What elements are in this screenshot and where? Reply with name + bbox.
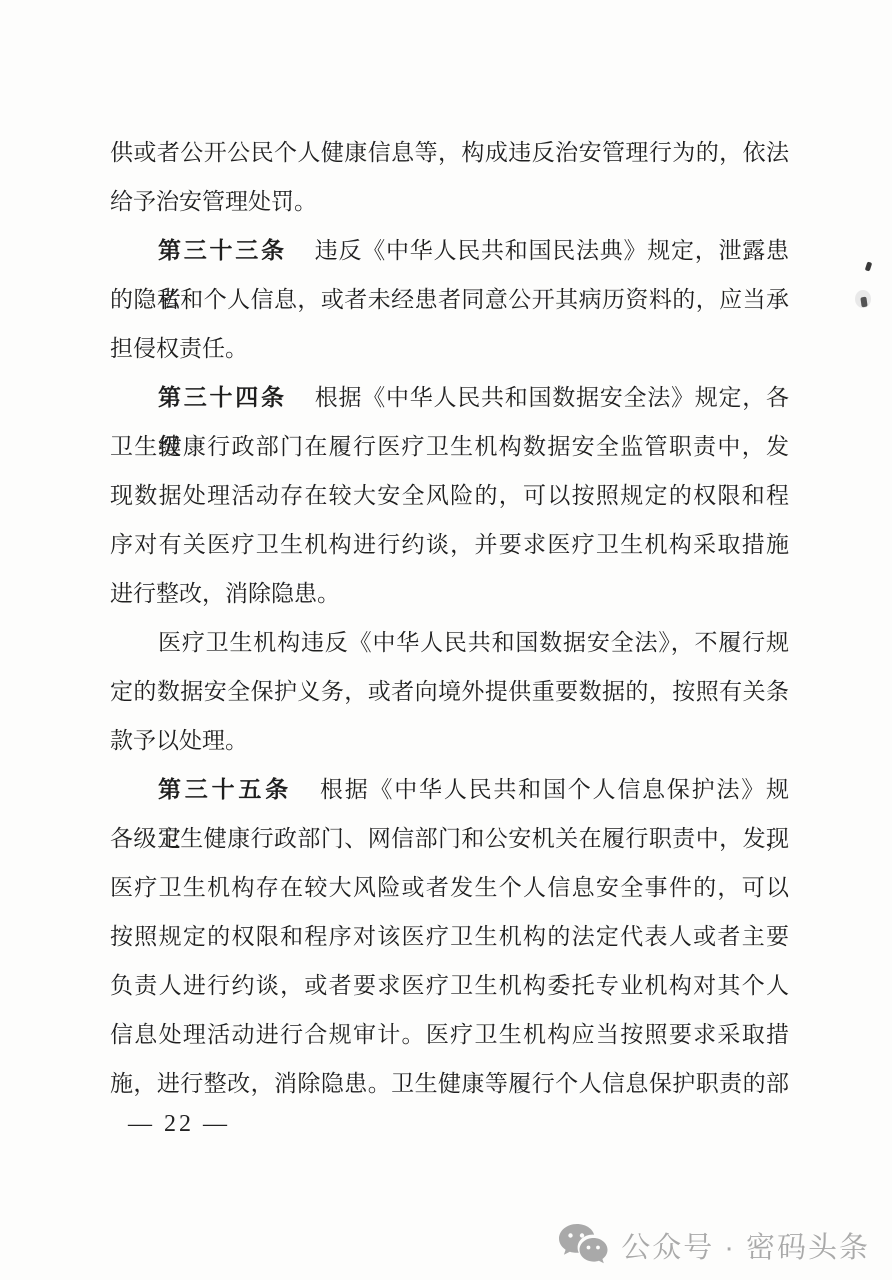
line-text: 给予治安管理处罚。 — [110, 189, 317, 214]
text-line: 供或者公开公民个人健康信息等，构成违反治安管理行为的，依法 — [110, 128, 789, 177]
line-text: 各级卫生健康行政部门、网信部门和公安机关在履行职责中，发现 — [110, 826, 789, 851]
wechat-icon — [557, 1222, 609, 1268]
text-line: 定的数据安全保护义务，或者向境外提供重要数据的，按照有关条 — [110, 667, 789, 716]
line-text: 医疗卫生机构违反《中华人民共和国数据安全法》，不履行规 — [158, 630, 789, 655]
line-text: 供或者公开公民个人健康信息等，构成违反治安管理行为的，依法 — [110, 140, 789, 165]
watermark: 公众号 · 密码头条 — [557, 1222, 870, 1268]
text-line: 施，进行整改，消除隐患。卫生健康等履行个人信息保护职责的部 — [110, 1059, 789, 1108]
line-text: 款予以处理。 — [110, 728, 248, 753]
article-number: 第三十四条 — [158, 384, 287, 410]
line-text: 现数据处理活动存在较大安全风险的，可以按照规定的权限和程 — [110, 483, 789, 508]
scan-artifact — [860, 297, 867, 308]
text-line: 信息处理活动进行合规审计。医疗卫生机构应当按照要求采取措 — [110, 1010, 789, 1059]
article-number: 第三十五条 — [158, 776, 292, 802]
page-number: — 22 — — [128, 1108, 230, 1140]
line-text: 担侵权责任。 — [110, 336, 248, 361]
text-line: 第三十五条根据《中华人民共和国个人信息保护法》规定， — [110, 765, 789, 814]
text-line: 进行整改，消除隐患。 — [110, 569, 789, 618]
watermark-text: 公众号 · 密码头条 — [621, 1225, 870, 1266]
text-line: 按照规定的权限和程序对该医疗卫生机构的法定代表人或者主要 — [110, 912, 789, 961]
text-line: 医疗卫生机构违反《中华人民共和国数据安全法》，不履行规 — [110, 618, 789, 667]
scan-artifact — [865, 261, 873, 271]
line-text: 进行整改，消除隐患。 — [110, 581, 340, 606]
line-text: 负责人进行约谈，或者要求医疗卫生机构委托专业机构对其个人 — [110, 973, 789, 998]
line-text: 施，进行整改，消除隐患。卫生健康等履行个人信息保护职责的部 — [110, 1071, 789, 1096]
text-line: 的隐私和个人信息，或者未经患者同意公开其病历资料的，应当承 — [110, 275, 789, 324]
text-block: 供或者公开公民个人健康信息等，构成违反治安管理行为的，依法 给予治安管理处罚。 … — [110, 128, 789, 1108]
line-text: 序对有关医疗卫生机构进行约谈，并要求医疗卫生机构采取措施 — [110, 532, 789, 557]
text-line: 卫生健康行政部门在履行医疗卫生机构数据安全监管职责中，发 — [110, 422, 789, 471]
text-line: 担侵权责任。 — [110, 324, 789, 373]
text-line: 给予治安管理处罚。 — [110, 177, 789, 226]
text-line: 第三十三条违反《中华人民共和国民法典》规定，泄露患者 — [110, 226, 789, 275]
text-line: 序对有关医疗卫生机构进行约谈，并要求医疗卫生机构采取措施 — [110, 520, 789, 569]
text-line: 第三十四条根据《中华人民共和国数据安全法》规定，各级 — [110, 373, 789, 422]
text-line: 负责人进行约谈，或者要求医疗卫生机构委托专业机构对其个人 — [110, 961, 789, 1010]
text-line: 各级卫生健康行政部门、网信部门和公安机关在履行职责中，发现 — [110, 814, 789, 863]
line-text: 信息处理活动进行合规审计。医疗卫生机构应当按照要求采取措 — [110, 1022, 789, 1047]
text-line: 医疗卫生机构存在较大风险或者发生个人信息安全事件的，可以 — [110, 863, 789, 912]
article-number: 第三十三条 — [158, 237, 287, 263]
line-text: 的隐私和个人信息，或者未经患者同意公开其病历资料的，应当承 — [110, 287, 789, 312]
text-line: 现数据处理活动存在较大安全风险的，可以按照规定的权限和程 — [110, 471, 789, 520]
line-text: 医疗卫生机构存在较大风险或者发生个人信息安全事件的，可以 — [110, 875, 789, 900]
line-text: 按照规定的权限和程序对该医疗卫生机构的法定代表人或者主要 — [110, 924, 789, 949]
line-text: 卫生健康行政部门在履行医疗卫生机构数据安全监管职责中，发 — [110, 434, 789, 459]
scanned-document-page: 供或者公开公民个人健康信息等，构成违反治安管理行为的，依法 给予治安管理处罚。 … — [0, 0, 892, 1280]
text-line: 款予以处理。 — [110, 716, 789, 765]
line-text: 定的数据安全保护义务，或者向境外提供重要数据的，按照有关条 — [110, 679, 789, 704]
